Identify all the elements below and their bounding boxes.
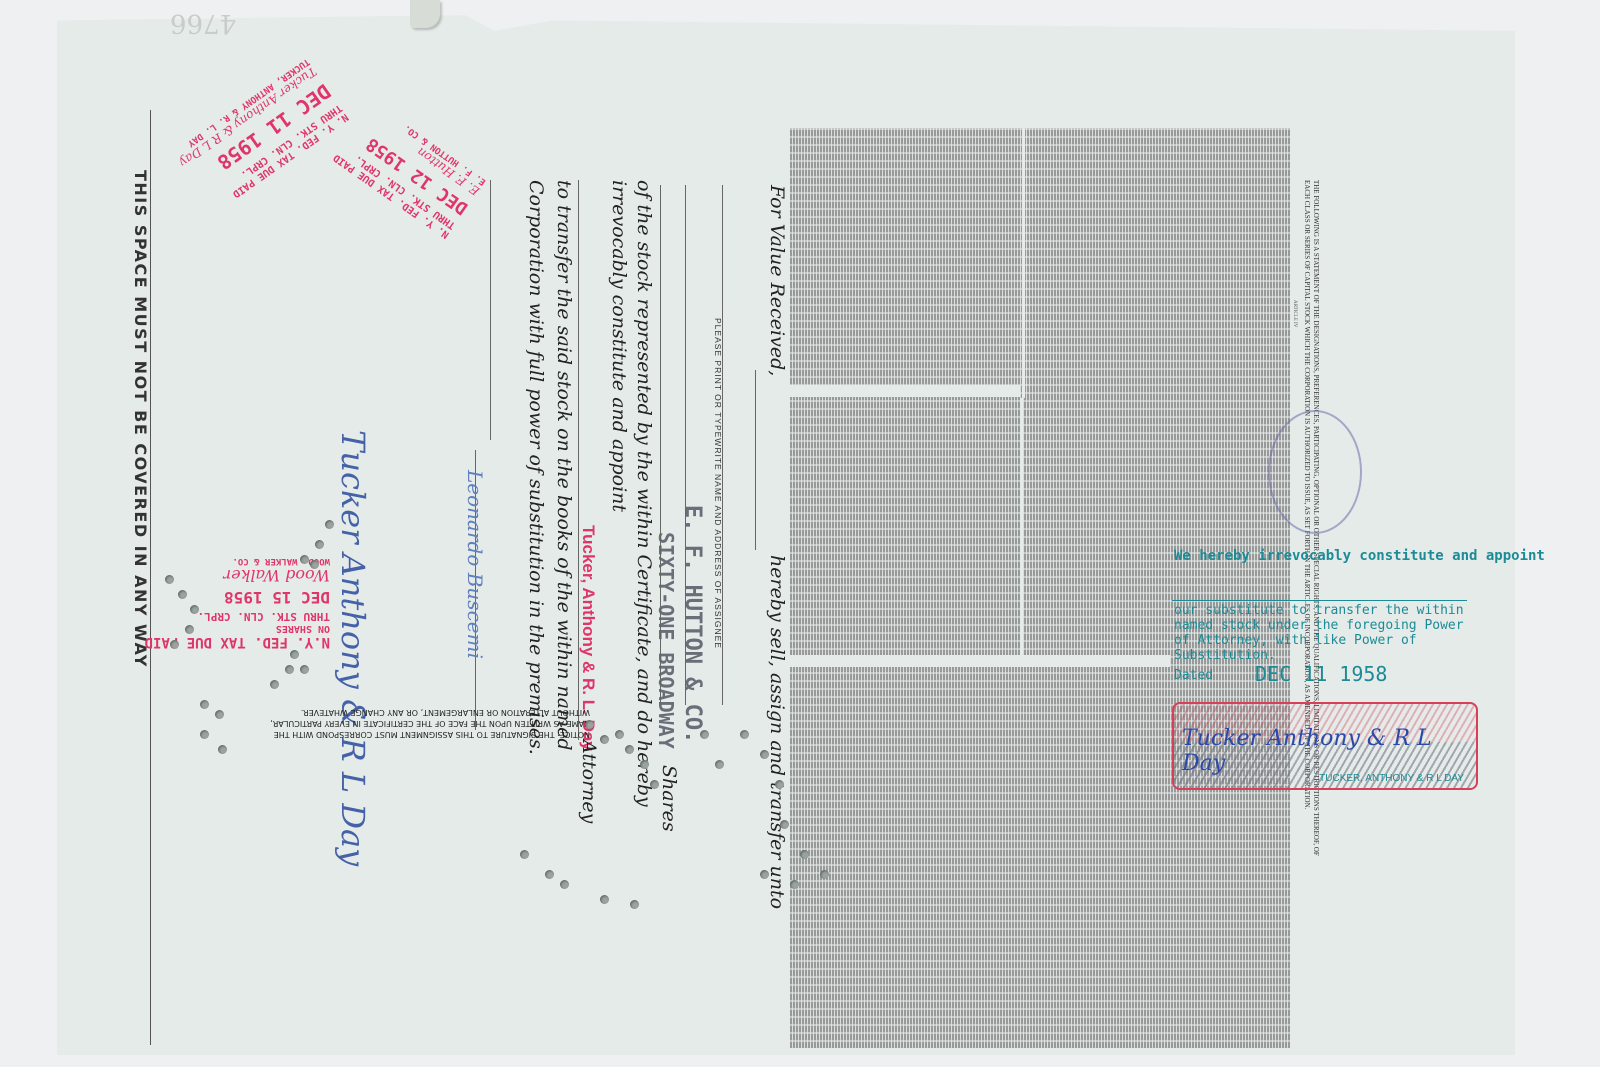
perforation-hole (178, 590, 187, 599)
stamp-line: THRU STK. CLN. CRPL. (145, 610, 330, 623)
form-line (722, 185, 723, 705)
perforation-hole (800, 850, 809, 859)
perforation-hole (760, 750, 769, 759)
paper-tear-curl (410, 0, 440, 28)
perforation-hole (315, 540, 324, 549)
perforation-hole (760, 870, 769, 879)
perforation-hole (820, 870, 829, 879)
perforation-hole (200, 700, 209, 709)
witness-signature: Leonardo Buscemi (463, 470, 487, 659)
perforation-hole (775, 780, 784, 789)
perforation-hole (325, 520, 334, 529)
corporate-statement-text (790, 128, 1290, 1048)
substitute-text: our substitute to transfer the within na… (1174, 603, 1469, 663)
perforation-hole (600, 895, 609, 904)
form-line (755, 370, 756, 550)
perforation-hole (200, 730, 209, 739)
perforation-hole (560, 880, 569, 889)
perforation-hole (585, 720, 594, 729)
column-gap (790, 655, 1170, 667)
perforation-hole (650, 780, 659, 789)
perforation-hole (290, 650, 299, 659)
perforation-hole (285, 665, 294, 674)
corporation-text: Corporation with full power of substitut… (525, 180, 547, 755)
signature-guarantee-box: Tucker Anthony & R L Day TUCKER, ANTHONY… (1172, 702, 1478, 790)
corporate-seal (1268, 410, 1362, 534)
perforation-hole (790, 880, 799, 889)
signature-notice: NOTICE: THE SIGNATURE TO THIS ASSIGNMENT… (270, 707, 590, 740)
dated-value: DEC 11 1958 (1255, 662, 1387, 686)
perforation-hole (520, 850, 529, 859)
perforation-hole (165, 575, 174, 584)
perforation-hole (170, 640, 179, 649)
appoint-text: We hereby irrevocably constitute and app… (1174, 548, 1545, 564)
perforation-hole (215, 710, 224, 719)
owner-signature: Tucker Anthony & R L Day (334, 430, 372, 866)
tax-stamp-dec-15: N.Y. FED. TAX DUE PAID ON SHARES THRU ST… (145, 556, 330, 650)
form-line (660, 185, 661, 705)
irrevocably-text: irrevocably constitute and appoint (608, 180, 630, 512)
assignee-address: SIXTY-ONE BROADWAY (654, 532, 678, 749)
perforation-hole (300, 555, 309, 564)
for-value-received: For Value Received, (766, 185, 788, 376)
perforation-hole (780, 820, 789, 829)
perforation-hole (190, 605, 199, 614)
hereby-sell-text: hereby sell, assign and transfer unto (766, 555, 788, 909)
perforation-hole (740, 730, 749, 739)
stock-represented-text: of the stock represented by the within C… (633, 180, 655, 807)
perforation-hole (185, 625, 194, 634)
stamp-date: DEC 15 1958 (145, 588, 330, 607)
column-gap (1022, 128, 1025, 398)
article-heading: ARTICLE IV (1292, 300, 1297, 327)
column-gap (790, 385, 1020, 397)
assignee-name: E. F. HUTTON & CO. (680, 505, 705, 743)
perforation-hole (625, 745, 634, 754)
attorney-label: Attorney (578, 740, 600, 823)
perforation-hole (715, 760, 724, 769)
form-line (578, 180, 579, 740)
perforation-hole (600, 735, 609, 744)
dated-label: Dated (1174, 668, 1213, 683)
perforation-hole (545, 870, 554, 879)
perforation-hole (640, 760, 649, 769)
stamp-line: ON SHARES (145, 623, 330, 634)
perforation-hole (270, 680, 279, 689)
perforation-hole (700, 730, 709, 739)
transfer-text: to transfer the said stock on the books … (553, 180, 575, 751)
perforation-hole (300, 665, 309, 674)
form-line (490, 180, 491, 440)
pencil-number: 4766 (170, 8, 236, 38)
perforation-hole (615, 730, 624, 739)
form-line (685, 185, 686, 705)
perforation-hole (310, 560, 319, 569)
perforation-hole (630, 900, 639, 909)
substitution-signatory: TUCKER, ANTHONY & R L DAY (1319, 773, 1464, 784)
column-gap (1020, 398, 1023, 656)
shares-label: Shares (658, 765, 680, 832)
substitute-line (1172, 600, 1467, 601)
substitution-signature: Tucker Anthony & R L Day (1182, 726, 1476, 776)
perforation-hole (218, 745, 227, 754)
